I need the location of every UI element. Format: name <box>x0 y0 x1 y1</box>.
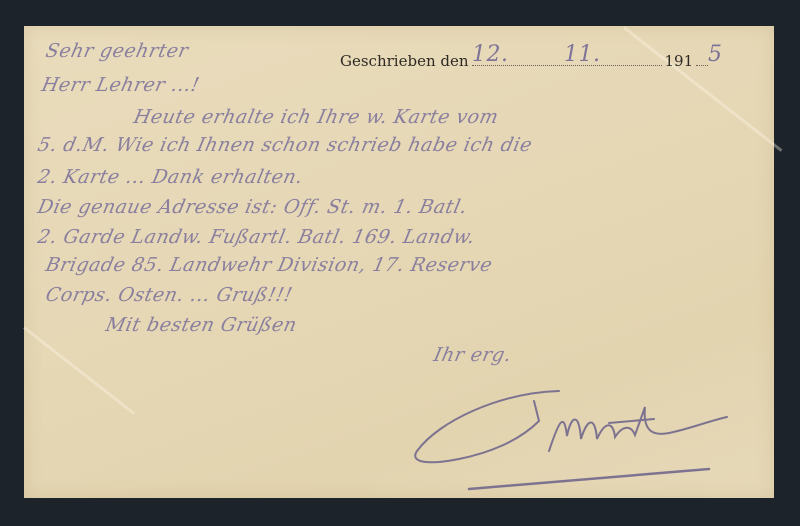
printed-date-line: Geschrieben den 191 <box>340 52 711 70</box>
postcard: Geschrieben den 191 12. 11. 5 Sehr geehr… <box>24 26 774 498</box>
handwriting-line: 2. Karte ... Dank erhalten. <box>36 166 306 188</box>
handwriting-line: Heute erhalte ich Ihre w. Karte vom <box>132 106 501 128</box>
handwriting-line: Brigade 85. Landwehr Division, 17. Reser… <box>44 254 495 276</box>
handwriting-line: Die genaue Adresse ist: Off. St. m. 1. B… <box>36 196 470 218</box>
handwriting-line: Mit besten Grüßen <box>104 314 299 336</box>
handwriting-line: Herr Lehrer ...! <box>40 74 202 96</box>
handwriting-line: Ihr erg. <box>432 344 514 366</box>
handwritten-year-digit: 5 <box>708 42 723 67</box>
handwritten-month: 11. <box>564 42 601 67</box>
printed-label: Geschrieben den <box>340 52 469 70</box>
paper-crease <box>23 326 135 415</box>
handwriting-line: 2. Garde Landw. Fußartl. Batl. 169. Land… <box>36 226 477 248</box>
handwriting-line: Corps. Osten. ... Gruß!!! <box>44 284 295 306</box>
paper-crease <box>623 26 782 151</box>
handwritten-day: 12. <box>472 42 509 67</box>
handwriting-line: Sehr geehrter <box>44 40 191 62</box>
year-dotted-line <box>696 64 708 66</box>
signature-scrawl-icon <box>409 381 749 491</box>
handwriting-line: 5. d.M. Wie ich Ihnen schon schrieb habe… <box>36 134 535 156</box>
printed-year-prefix: 191 <box>665 52 694 70</box>
